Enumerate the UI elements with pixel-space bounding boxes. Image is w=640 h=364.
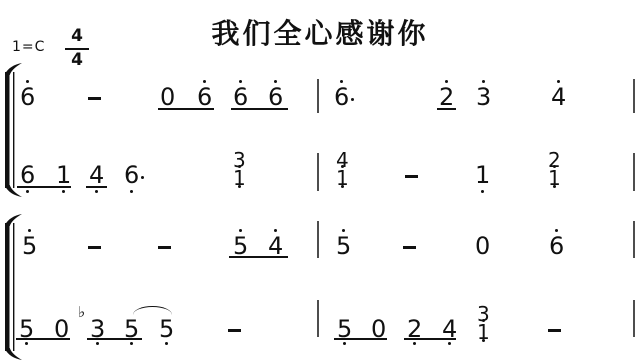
octave-dot-below — [413, 342, 416, 345]
octave-dot-below — [238, 185, 241, 188]
octave-dot-below — [95, 190, 98, 193]
note-digit: 5 — [233, 234, 248, 258]
note-digit: 5 — [159, 317, 174, 341]
note-digit: 5 — [19, 317, 34, 341]
dotted-note-dot — [141, 176, 144, 179]
barline — [317, 221, 319, 258]
note-digit: 6 — [233, 85, 248, 109]
note-digit: 0 — [160, 85, 175, 109]
note-digit: 6 — [20, 85, 35, 109]
octave-dot-below — [130, 190, 133, 193]
octave-dot-below — [343, 342, 346, 345]
octave-dot-above — [239, 80, 242, 83]
sheet-music-page: 我们全心感谢你 1=C 4 4 606666234614631411215545… — [0, 0, 640, 364]
octave-dot-below — [96, 342, 99, 345]
octave-dot-below — [26, 190, 29, 193]
octave-dot-above — [340, 80, 343, 83]
note-digit: 5 — [22, 234, 37, 258]
note-digit: 2 — [439, 85, 454, 109]
note-digit: 6 — [334, 85, 349, 109]
octave-dot-above — [274, 80, 277, 83]
octave-dot-above — [28, 229, 31, 232]
octave-dot-below — [553, 185, 556, 188]
duration-dash — [88, 97, 101, 100]
barline — [633, 300, 635, 337]
duration-dash — [403, 246, 416, 249]
octave-dot-above — [482, 80, 485, 83]
flat-sign: ♭ — [78, 305, 85, 320]
octave-dot-below — [130, 342, 133, 345]
octave-dot-below — [165, 342, 168, 345]
score: 6066662346146314112155450650♭355502431 — [0, 0, 640, 364]
note-digit: 2 — [407, 317, 422, 341]
octave-dot-above — [26, 80, 29, 83]
note-digit: 5 — [124, 317, 139, 341]
octave-dot-above — [555, 229, 558, 232]
barline — [317, 79, 319, 113]
note-digit: 5 — [337, 317, 352, 341]
barline — [633, 221, 635, 258]
note-digit: 6 — [268, 85, 283, 109]
octave-dot-below — [448, 342, 451, 345]
note-digit: 6 — [549, 234, 564, 258]
note-digit: 6 — [124, 163, 139, 187]
duration-dash — [405, 175, 418, 178]
octave-dot-above — [239, 229, 242, 232]
octave-dot-above — [203, 80, 206, 83]
duration-dash — [548, 329, 561, 332]
octave-dot-below — [25, 342, 28, 345]
octave-dot-below — [62, 190, 65, 193]
note-digit: 6 — [20, 163, 35, 187]
note-digit: 0 — [54, 317, 69, 341]
note-digit: 4 — [551, 85, 566, 109]
note-digit: 1 — [475, 163, 490, 187]
note-digit: 6 — [197, 85, 212, 109]
note-digit: 4 — [89, 163, 104, 187]
barline — [317, 300, 319, 337]
barline — [633, 153, 635, 191]
octave-dot-above — [445, 80, 448, 83]
octave-dot-above — [274, 229, 277, 232]
note-digit: 3 — [476, 85, 491, 109]
note-digit: 5 — [336, 234, 351, 258]
duration-dash — [158, 246, 171, 249]
dotted-note-dot — [351, 98, 354, 101]
note-digit: 0 — [475, 234, 490, 258]
note-digit: 1 — [56, 163, 71, 187]
note-digit: 0 — [371, 317, 386, 341]
note-digit: 3 — [90, 317, 105, 341]
octave-dot-below — [482, 339, 485, 342]
octave-dot-below — [481, 190, 484, 193]
note-digit: 4 — [442, 317, 457, 341]
octave-dot-below — [341, 185, 344, 188]
duration-dash — [88, 246, 101, 249]
barline — [317, 153, 319, 191]
barline — [633, 79, 635, 113]
duration-dash — [228, 329, 241, 332]
octave-dot-above — [342, 229, 345, 232]
note-digit: 4 — [268, 234, 283, 258]
octave-dot-above — [557, 80, 560, 83]
